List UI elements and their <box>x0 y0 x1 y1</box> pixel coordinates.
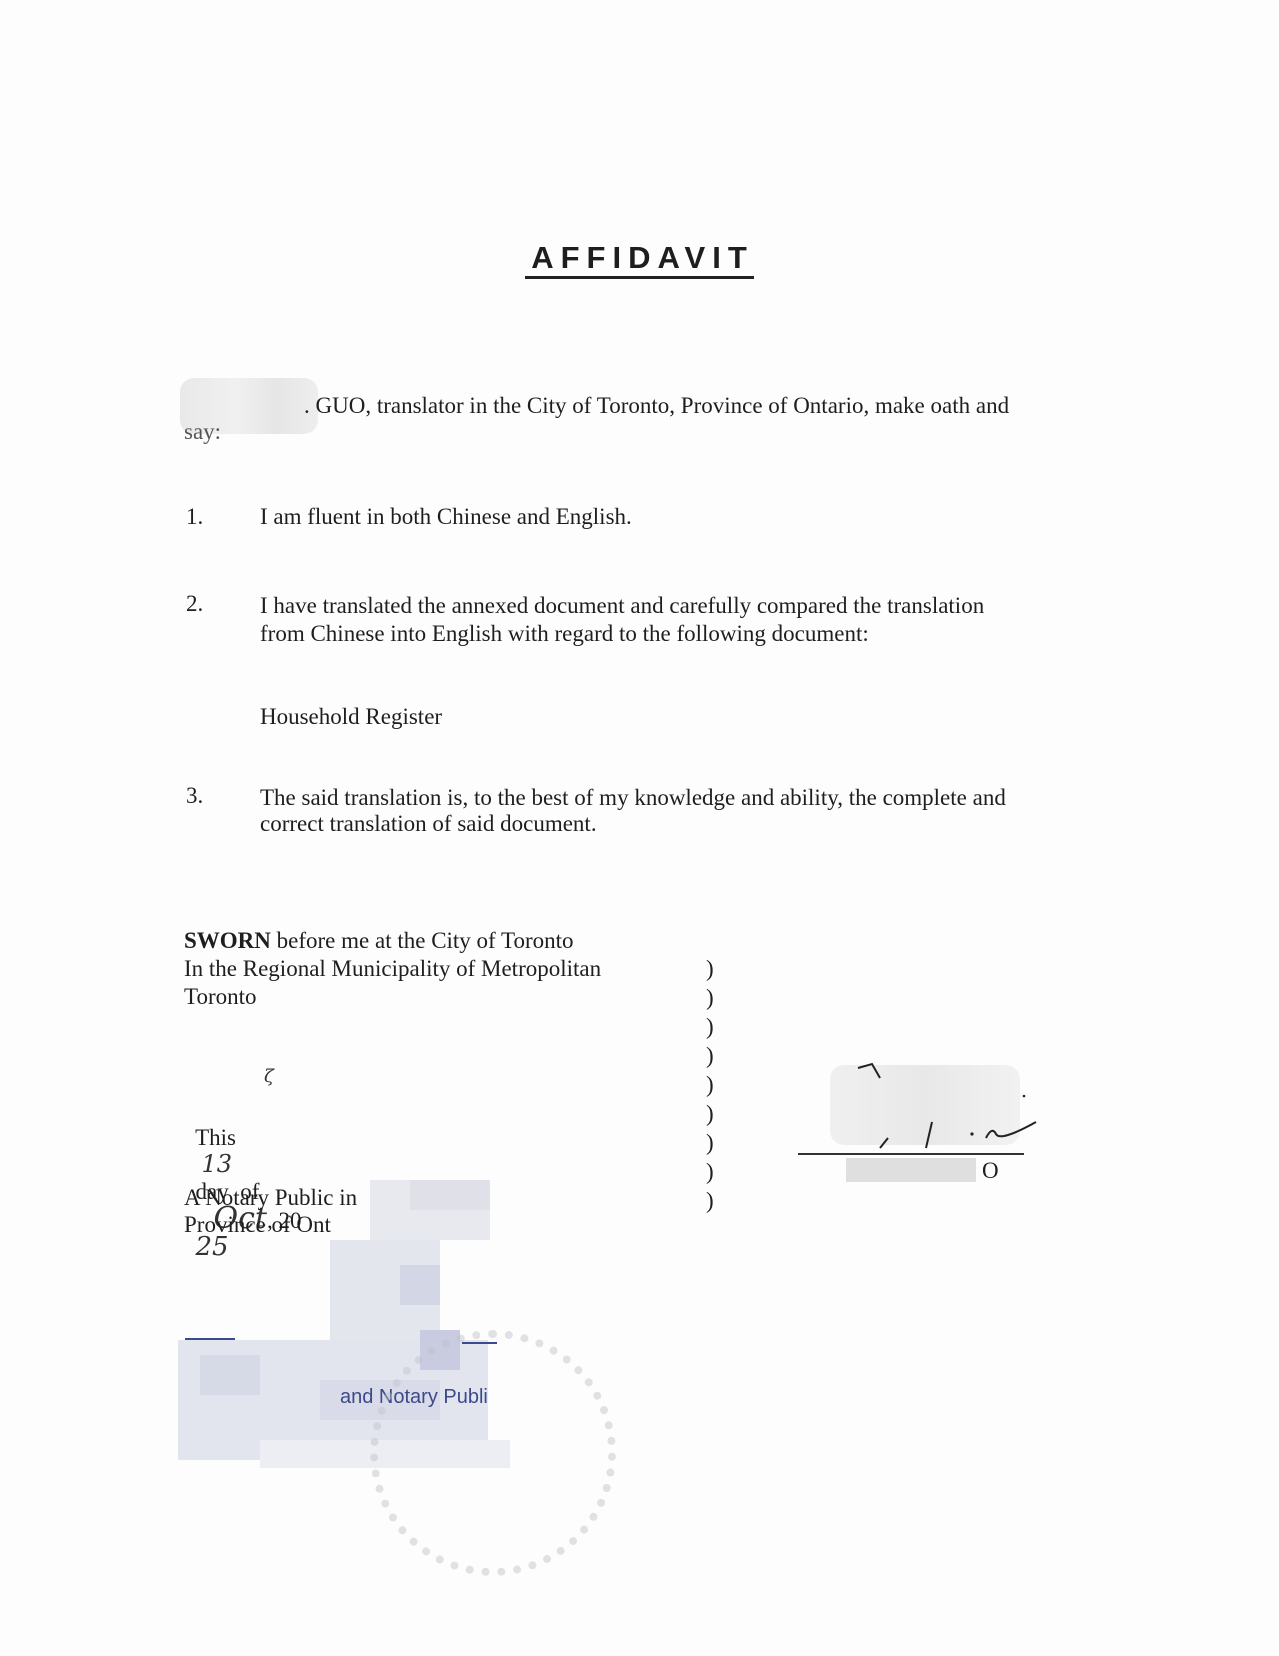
date-day-handwritten: 13 <box>202 1151 233 1178</box>
date-this: This <box>195 1125 236 1150</box>
parenthesis: ) <box>706 1099 714 1128</box>
parenthesis: ) <box>706 1041 714 1070</box>
parenthesis: ) <box>706 1070 714 1099</box>
item-3-line-2: correct translation of said document. <box>260 810 597 837</box>
document-name: Household Register <box>260 703 442 730</box>
redacted-given-name <box>180 378 318 434</box>
notary-signature-line <box>185 1338 235 1340</box>
jurat-line-2: In the Regional Municipality of Metropol… <box>184 955 601 982</box>
parenthesis: ) <box>706 1186 714 1215</box>
item-2-line-1: I have translated the annexed document a… <box>260 592 984 619</box>
item-3-number: 3. <box>186 782 203 809</box>
notary-line-1: A Notary Public in <box>184 1184 357 1211</box>
parenthesis: ) <box>706 983 714 1012</box>
item-1-number: 1. <box>186 503 203 530</box>
opening-line-1: . GUO, translator in the City of Toronto… <box>304 392 1009 419</box>
jurat-line-3: Toronto <box>184 983 257 1010</box>
jurat-line-1: SWORN before me at the City of Toronto <box>184 927 574 954</box>
notary-line-2: Province of Ont <box>184 1211 331 1238</box>
parenthesis: ) <box>706 1128 714 1157</box>
document-title: AFFIDAVIT <box>0 240 1279 279</box>
parenthesis: ) <box>706 954 714 983</box>
deponent-signature-line <box>798 1153 1024 1155</box>
item-1-text: I am fluent in both Chinese and English. <box>260 503 632 530</box>
date-correction-mark: ζ <box>264 1066 274 1087</box>
title-text: AFFIDAVIT <box>525 240 754 279</box>
sworn-label: SWORN <box>184 928 271 953</box>
item-3-line-1: The said translation is, to the best of … <box>260 784 1006 811</box>
parenthesis: ) <box>706 1012 714 1041</box>
item-2-line-2: from Chinese into English with regard to… <box>260 620 869 647</box>
notary-seal <box>370 1330 616 1576</box>
item-2-number: 2. <box>186 590 203 617</box>
deponent-signature <box>840 1060 1040 1155</box>
deponent-name-suffix: O <box>982 1157 999 1184</box>
redacted-deponent-name <box>846 1158 976 1182</box>
jurat-line-1-rest: before me at the City of Toronto <box>271 928 574 953</box>
parenthesis: ) <box>706 1157 714 1186</box>
